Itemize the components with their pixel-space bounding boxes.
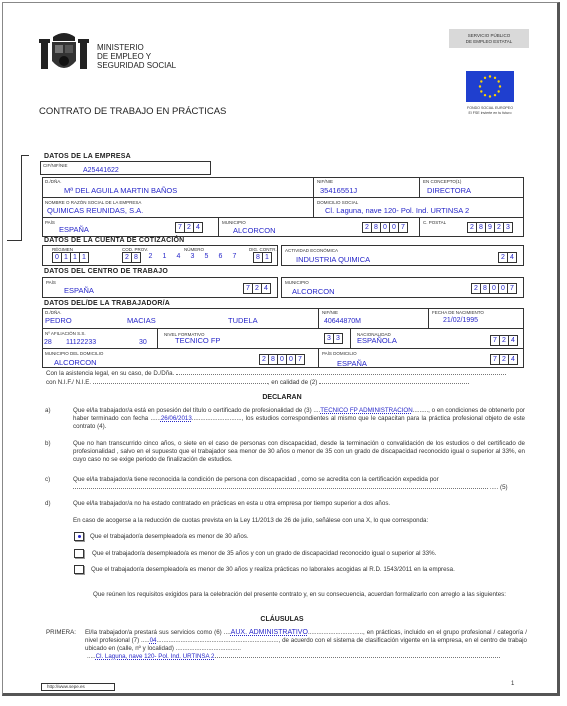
section-bracket: [21, 155, 29, 241]
document-title: CONTRATO DE TRABAJO EN PRÁCTICAS: [39, 106, 226, 117]
declaran-title: DECLARAN: [3, 394, 561, 401]
ministry-name: MINISTERIO DE EMPLEO Y SEGURIDAD SOCIAL: [97, 43, 176, 70]
declaran-a: Que el/la trabajador/a está en posesión …: [73, 407, 525, 431]
trabajador-nombre-field[interactable]: D./DÑA. PEDRO MACIAS TUDELA: [42, 308, 318, 328]
trabajador-nif-field[interactable]: NIF/NIE 40644870M: [318, 308, 428, 328]
concepto-field[interactable]: EN CONCEPTO(1) DIRECTORA: [419, 177, 524, 197]
clausulas-title: CLÁUSULAS: [3, 616, 561, 623]
centro-pais-code: 724: [244, 283, 271, 294]
declaran-b: Que no han transcurrido cinco años, o si…: [73, 440, 525, 464]
nivel-field[interactable]: NIVEL FORMATIVO TECNICO FP 33: [157, 328, 350, 348]
certificacion-line: ..... (5): [73, 484, 525, 492]
asistencia-line-2: con N.I.F./ N.I.E. , en calidad de (2): [46, 379, 524, 387]
section-empresa-title: DATOS DE LA EMPRESA: [44, 153, 131, 160]
pais-domicilio-code: 724: [491, 354, 518, 365]
numero-code: 2143567: [144, 252, 242, 263]
centro-municipio-code: 28007: [472, 283, 517, 294]
razon-social-field[interactable]: NOMBRE O RAZÓN SOCIAL DE LA EMPRESA QUIM…: [42, 197, 313, 217]
actividad-code: 24: [499, 252, 517, 263]
ccc-field[interactable]: RÉGIMEN 0111 COD. PROV. 28 NÚMERO 214356…: [42, 245, 278, 266]
dona-field[interactable]: D./DÑA. Mª DEL AGUILA MARTIN BAÑOS: [42, 177, 313, 197]
sepe-badge: SERVICIO PÚBLICO DE EMPLEO ESTATAL: [449, 29, 529, 48]
representante-input[interactable]: [176, 374, 506, 375]
nacimiento-field[interactable]: FECHA DE NACIMIENTO 21/02/1995: [428, 308, 524, 328]
direccion-value[interactable]: Cl. Laguna, nave 120- Pol. Ind. URTINSA …: [96, 653, 215, 660]
cp-code: 28923: [468, 222, 513, 233]
prov-code: 28: [123, 252, 141, 263]
municipio-domicilio-field[interactable]: MUNICIPIO DEL DOMICILIO ALCORCON 28007: [42, 348, 318, 368]
declaran-d: Que el/la trabajador/a no ha estado cont…: [73, 500, 525, 508]
titulo-value[interactable]: TECNICO FP ADMINISTRACION: [320, 407, 412, 414]
nivel-code: 33: [325, 333, 343, 344]
centro-municipio-field[interactable]: MUNICIPIO ALCORCON 28007: [281, 277, 524, 298]
fecha-terminacion-value[interactable]: 26/06/2013: [161, 415, 192, 422]
municipio-code: 28007: [363, 222, 408, 233]
pais-domicilio-field[interactable]: PAÍS DOMICILIO ESPAÑA 724: [318, 348, 524, 368]
primera-label: PRIMERA:: [46, 629, 76, 637]
cp-field[interactable]: C. POSTAL 28923: [419, 217, 524, 237]
pais-field[interactable]: PAÍS ESPAÑA 724: [42, 217, 218, 237]
eu-flag-icon: [466, 71, 514, 102]
coat-of-arms-icon: [39, 29, 89, 75]
page-number: 1: [511, 681, 514, 687]
section-trabajador-title: DATOS DEL/DE LA TRABAJADOR/A: [44, 300, 170, 307]
eu-caption: FONDO SOCIAL EUROPEO El FSE invierte en …: [451, 106, 529, 115]
centro-pais-field[interactable]: PAÍS ESPAÑA 724: [42, 277, 278, 298]
nif-field[interactable]: NIF/NIE 35416551J: [313, 177, 419, 197]
contract-page: MINISTERIO DE EMPLEO Y SEGURIDAD SOCIAL …: [2, 2, 560, 696]
section-centro-title: DATOS DEL CENTRO DE TRABAJO: [44, 268, 168, 275]
municipio-field[interactable]: MUNICIPIO ALCORCON 28007: [218, 217, 419, 237]
domicilio-field[interactable]: DOMICILIO SOCIAL Cl. Laguna, nave 120- P…: [313, 197, 524, 217]
requisitos-text: Que reúnen los requisitos exigidos para …: [46, 591, 526, 599]
asistencia-line-1: Con la asistencia legal, en su caso, de …: [46, 370, 524, 378]
dc-code: 81: [254, 252, 272, 263]
option-3-checkbox[interactable]: [74, 565, 84, 574]
afiliacion-field[interactable]: Nº AFILIACIÓN S.S. 28 11122233 30: [42, 328, 157, 348]
nombre: PEDRO: [45, 316, 72, 325]
pais-code: 724: [176, 222, 203, 233]
apellido1: MACIAS: [127, 316, 156, 325]
actividad-field[interactable]: ACTIVIDAD ECONÓMICA INDUSTRIA QUIMICA 24: [281, 245, 524, 266]
declaran-c: Que el/la trabajador/a tiene reconocida …: [73, 476, 525, 484]
footer-url[interactable]: http://www.sepe.es: [41, 683, 115, 691]
option-1-checkbox[interactable]: [74, 532, 84, 541]
clausula-primera: El/la trabajador/a prestará sus servicio…: [85, 629, 527, 661]
calidad-input[interactable]: [319, 383, 469, 384]
certificacion-input[interactable]: [73, 488, 488, 489]
puesto-value[interactable]: AUX. ADMINISTRATIVO: [231, 629, 308, 636]
apellido2: TUDELA: [228, 316, 258, 325]
cif-field[interactable]: CIF/NIF/NIE A25441622: [40, 161, 211, 175]
municipio-domicilio-code: 28007: [260, 354, 305, 365]
option-2-checkbox[interactable]: [74, 549, 84, 558]
nacionalidad-code: 724: [491, 335, 518, 346]
section-cotizacion-title: DATOS DE LA CUENTA DE COTIZACIÓN: [44, 237, 184, 244]
reduccion-text: En caso de acogerse a la reducción de cu…: [73, 517, 533, 525]
section-bracket-bottom: [7, 240, 21, 241]
nacionalidad-field[interactable]: NACIONALIDAD ESPAÑOLA 724: [350, 328, 524, 348]
regimen-code: 0111: [53, 252, 89, 263]
representante-nif-input[interactable]: [93, 383, 268, 384]
